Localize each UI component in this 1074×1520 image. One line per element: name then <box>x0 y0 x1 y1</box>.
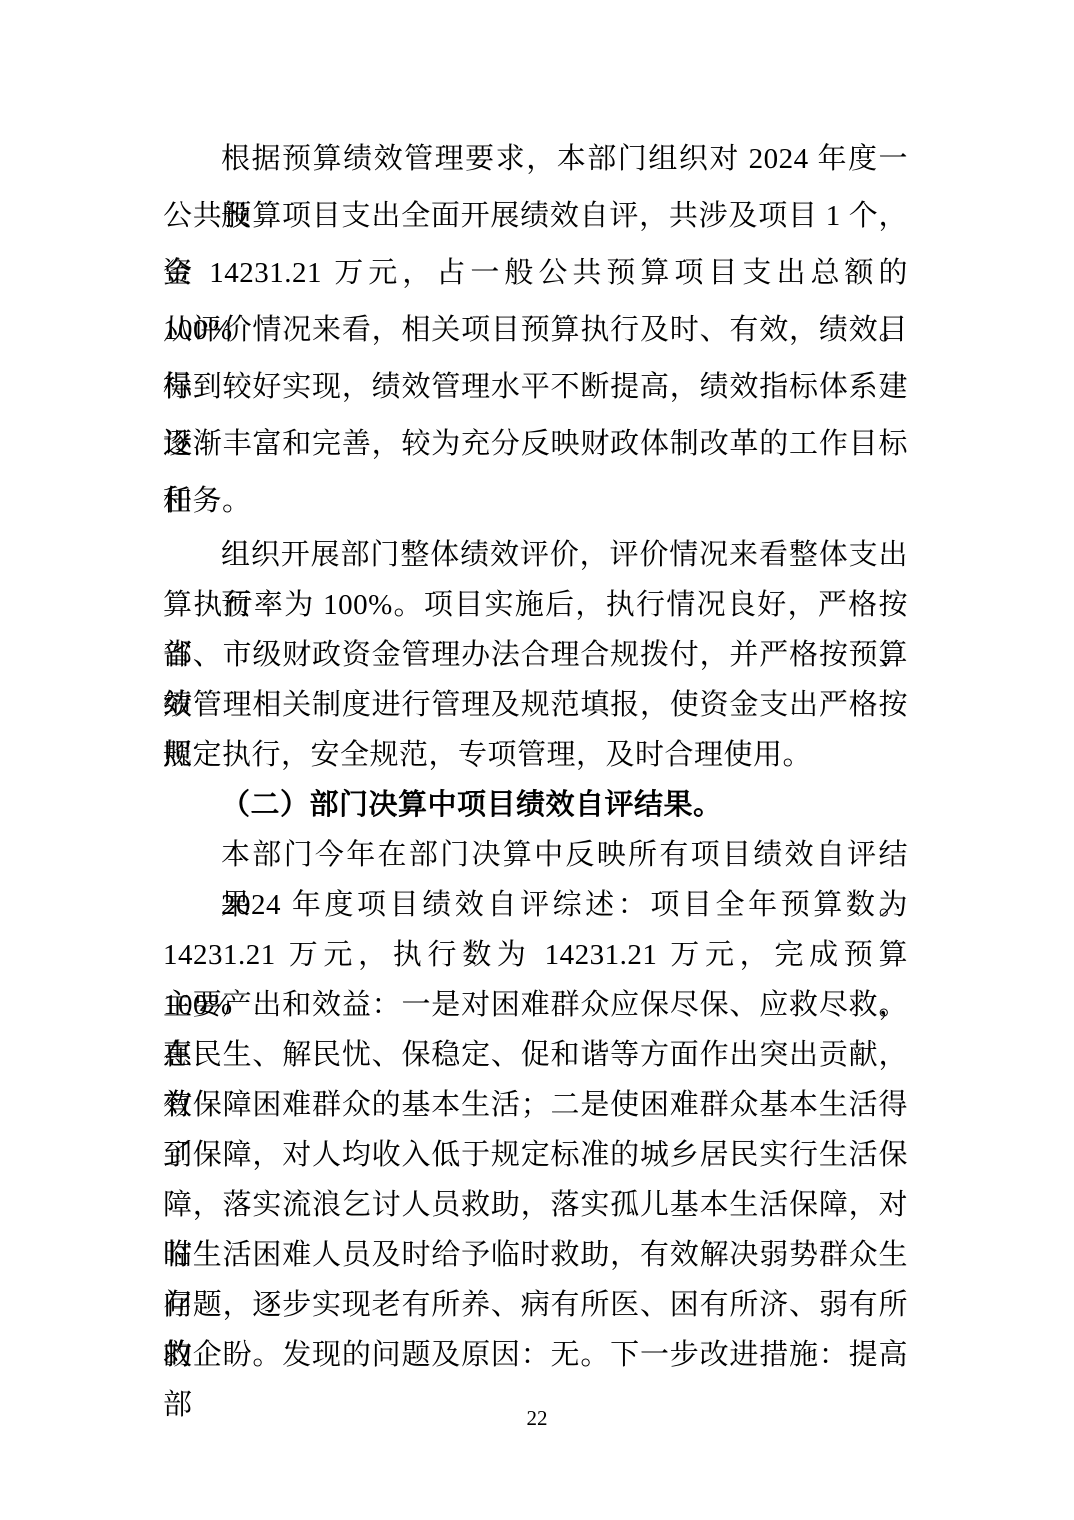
paragraph-project-self-evaluation: 根据预算绩效管理要求，本部门组织对 2024 年度一般公共预算项目支出全面开展绩… <box>163 131 908 530</box>
paragraph-overall-performance-evaluation: 组织开展部门整体绩效评价，评价情况来看整体支出预算执行率为 100%。项目实施后… <box>163 530 908 780</box>
heading-section-two-line-1: （二）部门决算中项目绩效自评结果。 <box>163 780 908 830</box>
paragraph-2024-self-evaluation-summary-line-6: 了保障，对人均收入低于规定标准的城乡居民实行生活保 <box>163 1130 908 1180</box>
paragraph-project-self-evaluation-line-3: 金 14231.21 万元，占一般公共预算项目支出总额的 100%。 <box>163 245 908 302</box>
paragraph-2024-self-evaluation-summary-line-4: 惠民生、解民忧、保稳定、促和谐等方面作出突出贡献，有 <box>163 1030 908 1080</box>
paragraph-2024-self-evaluation-summary-line-3: 主要产出和效益：一是对困难群众应保尽保、应救尽救，在 <box>163 980 908 1030</box>
paragraph-final-accounts-statement-line-1: 本部门今年在部门决算中反映所有项目绩效自评结果。 <box>163 830 908 880</box>
document-page: 根据预算绩效管理要求，本部门组织对 2024 年度一般公共预算项目支出全面开展绩… <box>0 0 1074 1520</box>
paragraph-overall-performance-evaluation-line-5: 规定执行，安全规范，专项管理，及时合理使用。 <box>163 730 908 780</box>
paragraph-2024-self-evaluation-summary-line-7: 障，落实流浪乞讨人员救助，落实孤儿基本生活保障，对临 <box>163 1180 908 1230</box>
paragraph-2024-self-evaluation-summary-line-10: 的企盼。发现的问题及原因：无。下一步改进措施：提高部 <box>163 1330 908 1380</box>
paragraph-final-accounts-statement: 本部门今年在部门决算中反映所有项目绩效自评结果。 <box>163 830 908 880</box>
paragraph-2024-self-evaluation-summary-line-5: 效保障困难群众的基本生活；二是使困难群众基本生活得到 <box>163 1080 908 1130</box>
heading-section-two: （二）部门决算中项目绩效自评结果。 <box>163 780 908 830</box>
paragraph-overall-performance-evaluation-line-2: 算执行率为 100%。项目实施后，执行情况良好，严格按部、 <box>163 580 908 630</box>
paragraph-2024-self-evaluation-summary-line-9: 问题，逐步实现老有所养、病有所医、困有所济、弱有所救 <box>163 1280 908 1330</box>
page-footer: 22 <box>0 1404 1074 1432</box>
document-body: 根据预算绩效管理要求，本部门组织对 2024 年度一般公共预算项目支出全面开展绩… <box>163 131 908 1380</box>
paragraph-overall-performance-evaluation-line-3: 省、市级财政资金管理办法合理合规拨付，并严格按预算绩 <box>163 630 908 680</box>
paragraph-2024-self-evaluation-summary-line-8: 时生活困难人员及时给予临时救助，有效解决弱势群众生存 <box>163 1230 908 1280</box>
paragraph-project-self-evaluation-line-6: 逐渐丰富和完善，较为充分反映财政体制改革的工作目标和 <box>163 416 908 473</box>
paragraph-project-self-evaluation-line-7: 任务。 <box>163 473 908 530</box>
paragraph-overall-performance-evaluation-line-1: 组织开展部门整体绩效评价，评价情况来看整体支出预 <box>163 530 908 580</box>
paragraph-overall-performance-evaluation-line-4: 效管理相关制度进行管理及规范填报，使资金支出严格按照 <box>163 680 908 730</box>
paragraph-2024-self-evaluation-summary-line-1: 2024 年度项目绩效自评综述：项目全年预算数为 <box>163 880 908 930</box>
paragraph-project-self-evaluation-line-5: 得到较好实现，绩效管理水平不断提高，绩效指标体系建设 <box>163 359 908 416</box>
paragraph-project-self-evaluation-line-1: 根据预算绩效管理要求，本部门组织对 2024 年度一般 <box>163 131 908 188</box>
page-number: 22 <box>527 1406 548 1430</box>
paragraph-2024-self-evaluation-summary-line-2: 14231.21 万元，执行数为 14231.21 万元，完成预算 100%。 <box>163 930 908 980</box>
paragraph-2024-self-evaluation-summary: 2024 年度项目绩效自评综述：项目全年预算数为14231.21 万元，执行数为… <box>163 880 908 1380</box>
paragraph-project-self-evaluation-line-2: 公共预算项目支出全面开展绩效自评，共涉及项目 1 个，资 <box>163 188 908 245</box>
paragraph-project-self-evaluation-line-4: 从评价情况来看，相关项目预算执行及时、有效，绩效目标 <box>163 302 908 359</box>
